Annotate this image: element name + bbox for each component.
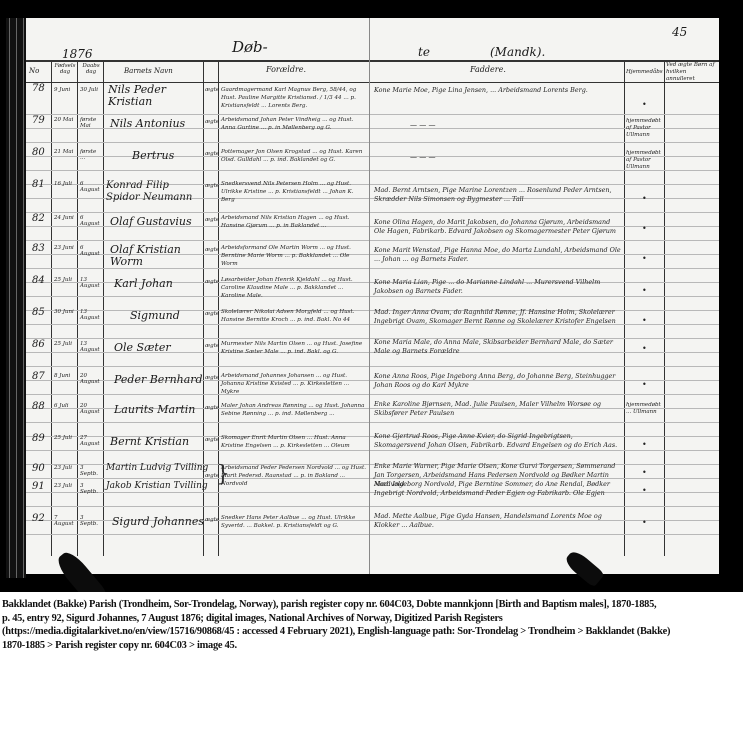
sponsors-80: — — —: [410, 154, 435, 161]
sponsors-84: Kone Maria Lian, Pige ... do Marianne Li…: [374, 278, 622, 296]
col-header-baptism-day: Daabs dag: [79, 64, 103, 75]
sponsors-81: Mad. Bernt Arntsen, Pige Marine Lorentze…: [374, 186, 622, 204]
citation-caption: Bakklandet (Bakke) Parish (Trondheim, So…: [2, 598, 742, 652]
sponsors-85: Mad. Inger Anna Ovam, do Ragnhild Rønne,…: [374, 308, 622, 326]
right-page: te (Mandk). 45 Faddere. Hjemmedåbs Ved æ…: [370, 18, 719, 574]
sponsors-91: Mad. Ingeborg Nordvold, Pige Berntine So…: [374, 480, 622, 498]
register-title-right-te: te: [418, 46, 430, 58]
caption-line-2: p. 45, entry 92, Sigurd Johannes, 7 Augu…: [2, 612, 742, 626]
col-header-hjemmedaab: Hjemmedåbs: [626, 70, 663, 76]
left-page: 1876 Døb- No Fødsels dag Daabs dag Barne…: [26, 18, 370, 574]
register-title-right-mandk: (Mandk).: [490, 46, 545, 58]
caption-line-4: 1870-1885 > Parish register copy nr. 604…: [2, 639, 742, 653]
register-scan-image: 1876 Døb- No Fødsels dag Daabs dag Barne…: [0, 0, 743, 592]
sponsors-86: Kone Maria Male, do Anna Male, Skibsarbe…: [374, 338, 622, 356]
col-header-child-name: Barnets Navn: [124, 68, 173, 75]
sponsors-82: Kone Olina Hagen, do Marit Jakobsen, do …: [374, 218, 622, 236]
register-year: 1876: [62, 48, 93, 60]
col-header-notes: Ved ægte Børn af hvilken annulleret: [666, 62, 716, 83]
caption-line-3: (https://media.digitalarkivet.no/en/view…: [2, 625, 742, 639]
col-header-parents: Forældre.: [266, 66, 306, 74]
book-binding: [6, 18, 26, 578]
sponsors-87: Kone Anna Roos, Pige Ingeborg Anna Berg,…: [374, 372, 622, 390]
sponsors-83: Kone Marit Wenstad, Pige Hanna Moe, do M…: [374, 246, 622, 264]
col-header-no: No: [29, 68, 39, 75]
col-header-sponsors: Faddere.: [470, 66, 506, 74]
sponsors-79: — — —: [410, 122, 435, 129]
sponsors-78: Kone Marie Moe, Pige Lina Jensen, ... Ar…: [374, 86, 622, 95]
register-title-left: Døb-: [232, 40, 268, 55]
sponsors-92: Mad. Mette Aalbue, Pige Gyda Hansen, Han…: [374, 512, 622, 530]
page-number: 45: [672, 26, 687, 38]
caption-line-1: Bakklandet (Bakke) Parish (Trondheim, So…: [2, 598, 742, 612]
sponsors-88: Enke Karoline Bjørnsen, Mad. Julie Pauls…: [374, 400, 622, 418]
sponsors-89: Kone Gjertrud Roos, Pige Anne Kvier, do …: [374, 432, 622, 450]
col-header-birth-day: Fødsels dag: [53, 64, 77, 75]
